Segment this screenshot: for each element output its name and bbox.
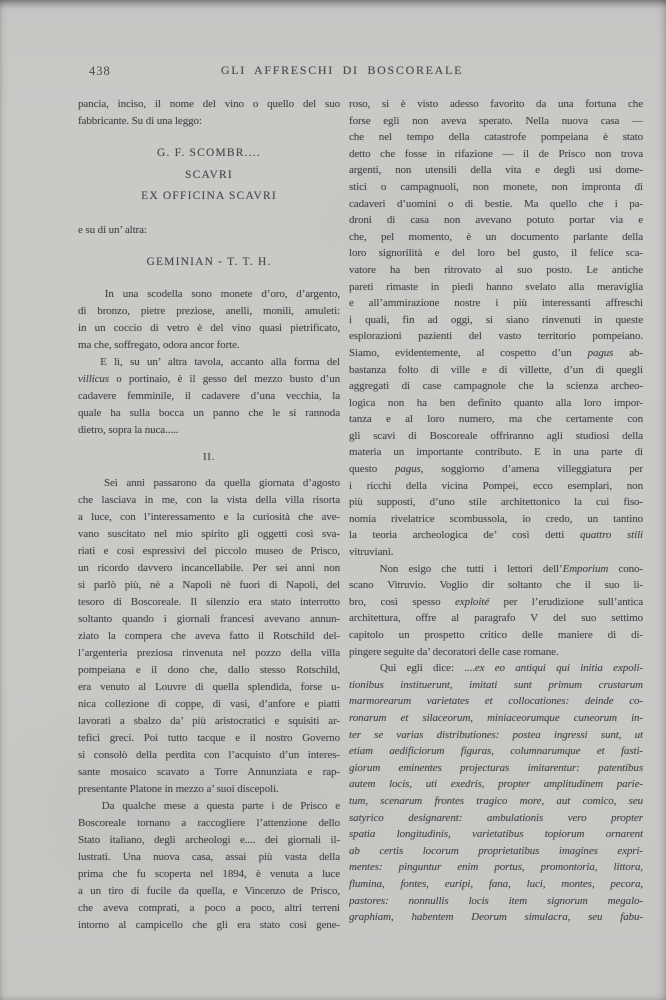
text-line: lustrati. Una nuova casa, assai più vast…	[78, 849, 340, 866]
text-line: i ricchi della vicina Pompei, ecco esemp…	[349, 478, 643, 495]
text-line: tanza e al loro numero, ma che certament…	[349, 411, 643, 428]
text-line: soltanto quando i giornali francesi avev…	[78, 611, 340, 628]
text-line: quale ha sulla bocca un panno che le si …	[78, 405, 340, 422]
text-line: cadaveri d’uomini o di bestie. Ma quello…	[349, 196, 643, 213]
text-line: giorum eminentes projecturas imitarentur…	[349, 760, 643, 777]
text-line: vatore ha ben ritrovato al suo posto. Le…	[349, 262, 643, 279]
text-line: e su di un’ altra:	[78, 222, 340, 239]
text-line: materia un importante contributo. E in u…	[349, 444, 643, 461]
text-line: vitruviani.	[349, 544, 643, 561]
inscription-block: GEMINIAN - T. T. H.	[78, 252, 340, 274]
text-line: Stato italiano, degli archeologi e.... d…	[78, 832, 340, 849]
text-line: gli scavi di Boscoreale offriranno agli …	[349, 428, 643, 445]
page-number: 438	[89, 64, 111, 79]
text-line: ma che, soffregato, odora ancor forte.	[78, 337, 340, 354]
text-line: flumina, fontes, euripi, fana, luci, mon…	[349, 876, 643, 893]
text-line: pareti rimaste in piedi hanno svelato al…	[349, 279, 643, 296]
text-line: la teoria archeologica de’ così detti qu…	[349, 527, 643, 544]
text-line: argenti, non utensili della vita e degli…	[349, 162, 643, 179]
text-line: esplorazioni pazienti del vasto territor…	[349, 328, 643, 345]
text-line: Boscoreale tornano a raccogliere l’atten…	[78, 815, 340, 832]
text-line: prima che fu scoperta nel 1894, è venuta…	[78, 866, 340, 883]
text-line: pastores: nonnullis locis item signorum …	[349, 893, 643, 910]
text-columns: pancia, inciso, il nome del vino o quell…	[78, 96, 643, 934]
text-line: riati e così espressivi del piccolo muse…	[78, 543, 340, 560]
text-line: lavorati a sbalzo da’ più aristocratici …	[78, 713, 340, 730]
text-line: marmorearum varietates et collocationes:…	[349, 693, 643, 710]
text-line: era venuto al Louvre di quella splendida…	[78, 679, 340, 696]
text-line: logica non ha ben definito quanto alla l…	[349, 395, 643, 412]
inscription-block: G. F. SCOMBR....SCAVRIEX OFFICINA SCAVRI	[78, 143, 340, 208]
running-title: GLI AFFRESCHI DI BOSCOREALE	[78, 63, 640, 78]
text-line: aggregati di case campagnole che la scie…	[349, 378, 643, 395]
text-line: Siamo, evidentemente, al cospetto d’un p…	[349, 345, 643, 362]
text-line: roso, si è visto adesso favorito da una …	[349, 96, 643, 113]
intro-block: e su di un’ altra:	[78, 222, 340, 239]
text-line: architettura, offre al paragrafo V del s…	[349, 610, 643, 627]
text-line: forse egli non aveva sperato. Nella nuov…	[349, 113, 643, 130]
text-line: In una scodella sono monete d’oro, d’arg…	[78, 286, 340, 303]
text-line: un ricordo davvero incancellabile. Per s…	[78, 560, 340, 577]
text-line: satyrico designarent: ambulationis vero …	[349, 810, 643, 827]
text-line: droni di casa non avevano potuto portar …	[349, 212, 643, 229]
para-block: E lì, su un’ altra tavola, accanto alla …	[78, 354, 340, 439]
text-line: E lì, su un’ altra tavola, accanto alla …	[78, 354, 340, 371]
text-line: sante mosaico scavato a Torre Annunziata…	[78, 764, 340, 781]
text-line: di bronzo, pietre preziose, anelli, moni…	[78, 303, 340, 320]
text-line: villicus o portinaio, è il gesso del mez…	[78, 371, 340, 388]
text-line: stici o campagnuoli, non monete, non imp…	[349, 179, 643, 196]
para-block: Non esigo che tutti i lettori dell’Empor…	[349, 561, 643, 661]
text-line: bro, così spesso exploité per l’erudizio…	[349, 594, 643, 611]
text-line: che, pel momento, è un documento parlant…	[349, 229, 643, 246]
right-column: roso, si è visto adesso favorito da una …	[349, 96, 643, 934]
text-line: in un coccio di vetro è del vino quasi p…	[78, 320, 340, 337]
text-line: loro signorilità e del loro bel gusto, i…	[349, 245, 643, 262]
text-line: tesoro di Boscoreale. Il silenzio era st…	[78, 594, 340, 611]
text-line: presentante Platone in mezzo a’ suoi dis…	[78, 781, 340, 798]
text-line: tefici greci. Poi tutto tacque e il nost…	[78, 730, 340, 747]
text-line: pompeiana e il dono che, dallo stesso Ro…	[78, 662, 340, 679]
text-line: Non esigo che tutti i lettori dell’Empor…	[349, 561, 643, 578]
text-line: questo pagus, soggiorno d’amena villeggi…	[349, 461, 643, 478]
left-column: pancia, inciso, il nome del vino o quell…	[78, 96, 340, 934]
text-line: pingere seguite da’ decoratori delle cas…	[349, 644, 643, 661]
text-line: etiam aedificiorum figuras, columnarumqu…	[349, 743, 643, 760]
text-line: ronarum et silaceorum, miniaceorumque cu…	[349, 710, 643, 727]
para-sp-block: In una scodella sono monete d’oro, d’arg…	[78, 286, 340, 354]
text-line: Qui egli dice: ....ex eo antiqui qui ini…	[349, 660, 643, 677]
text-line: ter se varias distributiones: postea ing…	[349, 727, 643, 744]
text-line: mentes: pinguntur enim portus, promontor…	[349, 859, 643, 876]
text-line: i quali, fin ad oggi, si siano rinvenuti…	[349, 312, 643, 329]
text-line: spatia longitudinis, varietatibus topior…	[349, 826, 643, 843]
text-line: Sei anni passarono da quella giornata d’…	[78, 475, 340, 492]
text-line: cadavere femminile, il cadavere d’una ve…	[78, 388, 340, 405]
text-line: e all’ammirazione nostre i più interessa…	[349, 295, 643, 312]
para-block: Da qualche mese a questa parte i de Pris…	[78, 798, 340, 934]
text-line: a luce, con l’interessamento e la curios…	[78, 509, 340, 526]
text-line: graphiam, habentem Deorum simulacra, seu…	[349, 909, 643, 926]
text-line: l’argenteria preziosa rinvenuta nel pozz…	[78, 645, 340, 662]
para-block: Sei anni passarono da quella giornata d’…	[78, 475, 340, 798]
text-line: detto che fosse in rifazione — il de Pri…	[349, 146, 643, 163]
para-block: Qui egli dice: ....ex eo antiqui qui ini…	[349, 660, 643, 926]
scanned-book-page: 438 GLI AFFRESCHI DI BOSCOREALE pancia, …	[0, 0, 666, 1000]
numeral-block: II.	[78, 449, 340, 466]
text-line: bastanza folto di ville e di villette, d…	[349, 362, 643, 379]
running-head: 438 GLI AFFRESCHI DI BOSCOREALE	[78, 63, 640, 81]
text-line: fabbricante. Su di una leggo:	[78, 113, 340, 130]
text-line: più supposti, d’uno stile architettonico…	[349, 494, 643, 511]
text-line: ab certis locorum proprietatibus imagine…	[349, 843, 643, 860]
text-line: si parlò più, nè a Napoli nè fuori di Na…	[78, 577, 340, 594]
text-line: che lasciava in me, con la vista della v…	[78, 492, 340, 509]
text-line: che nel tempo della catastrofe pompeiana…	[349, 129, 643, 146]
text-line: intorno al campicello che gli era stato …	[78, 917, 340, 934]
text-line: tum, scenarum frontes tragico more, aut …	[349, 793, 643, 810]
text-line: si consolò della perdita con l’acquisto …	[78, 747, 340, 764]
text-line: che aveva comprati, a poco a poco, altri…	[78, 900, 340, 917]
text-line: ziato la compera che aveva fatto il Rots…	[78, 628, 340, 645]
text-line: Da qualche mese a questa parte i de Pris…	[78, 798, 340, 815]
text-line: autem locis, uti exedris, propter amplit…	[349, 776, 643, 793]
text-line: nica collezione di coppe, di vasi, d’anf…	[78, 696, 340, 713]
para-block: roso, si è visto adesso favorito da una …	[349, 96, 643, 561]
text-line: tionibus instituerunt, imitati sunt prim…	[349, 677, 643, 694]
text-line: GEMINIAN - T. T. H.	[78, 252, 340, 274]
text-line: II.	[78, 449, 340, 466]
para-block: pancia, inciso, il nome del vino o quell…	[78, 96, 340, 130]
text-line: EX OFFICINA SCAVRI	[78, 186, 340, 208]
text-line: G. F. SCOMBR....	[78, 143, 340, 165]
text-line: pancia, inciso, il nome del vino o quell…	[78, 96, 340, 113]
text-line: a un tiro di fucile da quella, e Vincenz…	[78, 883, 340, 900]
text-line: vano suscitato nel mio spirito gli ogget…	[78, 526, 340, 543]
text-line: dietro, sopra la nuca.....	[78, 422, 340, 439]
text-line: SCAVRI	[78, 165, 340, 187]
text-line: capitolo un prospetto critico delle mani…	[349, 627, 643, 644]
text-line: scano Vitruvio. Voglio dir soltanto che …	[349, 577, 643, 594]
text-line: nomia rivelatrice scombussola, io credo,…	[349, 511, 643, 528]
